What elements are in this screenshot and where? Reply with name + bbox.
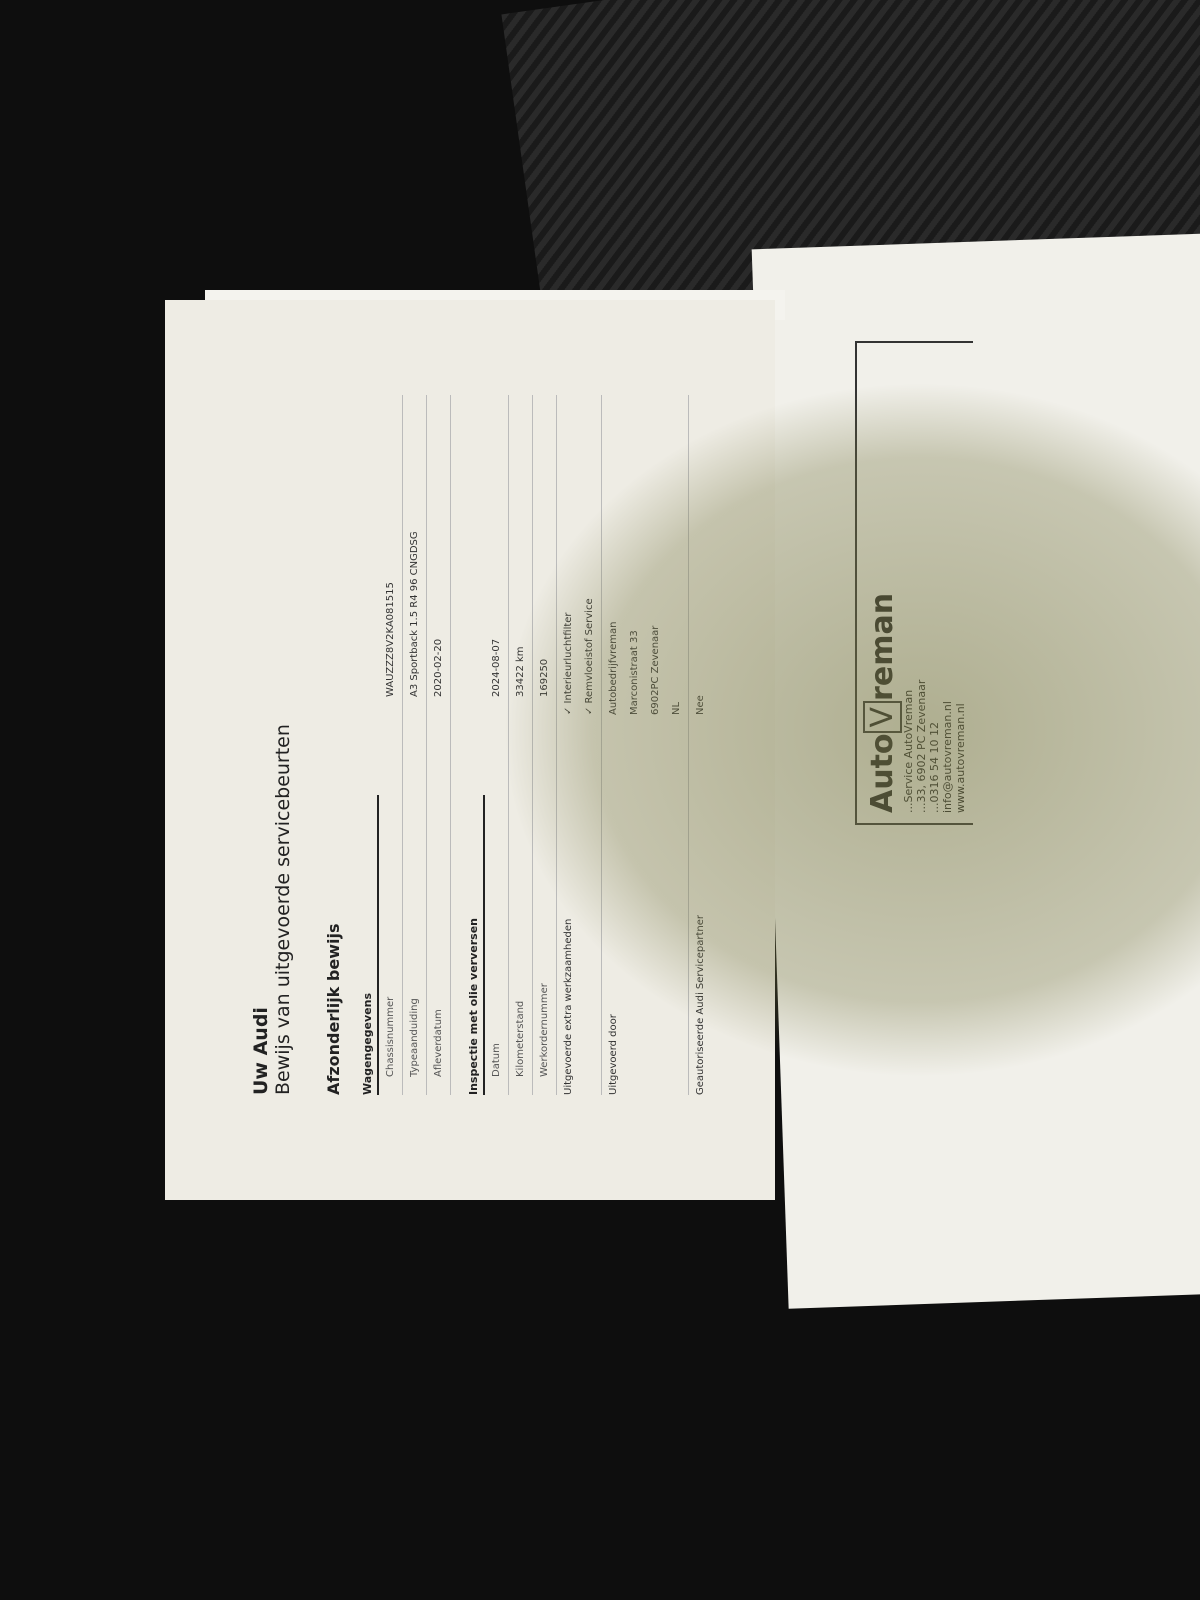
row-value: 2020-02-20	[433, 639, 444, 697]
section-heading: Afzonderlijk bewijs	[324, 295, 343, 1095]
vehicle-section-title: Wagengegevens	[361, 795, 379, 1095]
hand-shadow	[500, 380, 1200, 1080]
row-label: Afleverdatum	[433, 697, 444, 1095]
row-label: Typeaanduiding	[409, 697, 420, 1095]
row-label: Chassisnummer	[385, 697, 396, 1095]
row-value: A3 Sportback 1.5 R4 96 CNGDSG	[409, 531, 420, 697]
vehicle-section: Wagengegevens ChassisnummerWAUZZZ8V2KA08…	[361, 395, 451, 1095]
table-row: Afleverdatum2020-02-20	[427, 395, 451, 1095]
document-subtitle: Bewijs van uitgevoerde servicebeurten	[272, 295, 294, 1095]
brand-title: Uw Audi	[250, 295, 272, 1095]
table-row: ChassisnummerWAUZZZ8V2KA081515	[379, 395, 403, 1095]
row-value: WAUZZZ8V2KA081515	[385, 582, 396, 697]
inspection-section-title: Inspectie met olie verversen	[467, 795, 485, 1095]
table-row: TypeaanduidingA3 Sportback 1.5 R4 96 CNG…	[403, 395, 427, 1095]
